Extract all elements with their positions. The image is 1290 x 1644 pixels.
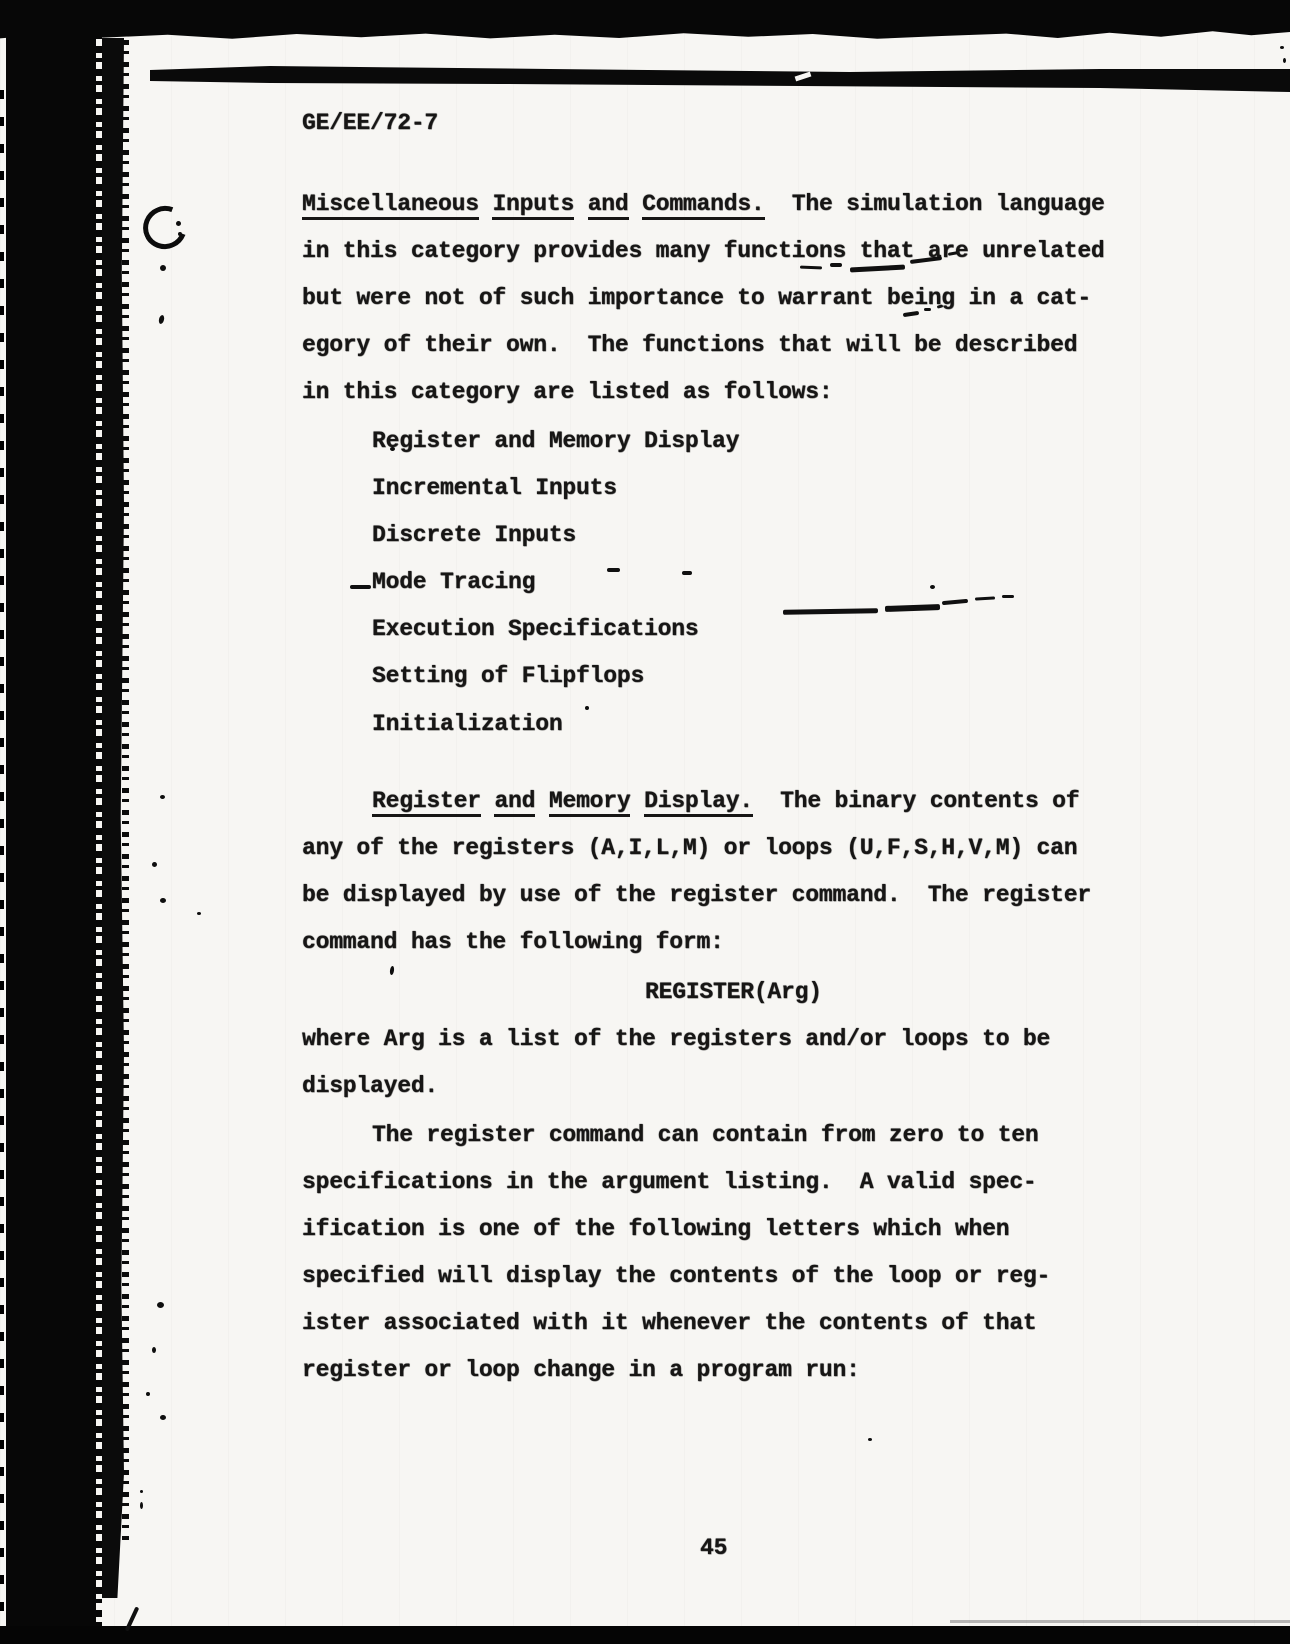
paragraph-line: ister associated with it whenever the co… bbox=[302, 1308, 1037, 1338]
list-item: Setting of Flipflops bbox=[372, 661, 644, 691]
paragraph-line: in this category are listed as follows: bbox=[302, 377, 833, 407]
paragraph-line: displayed. bbox=[302, 1071, 438, 1101]
list-item: Execution Specifications bbox=[372, 614, 698, 644]
paragraph-line: The register command can contain from ze… bbox=[372, 1120, 1039, 1150]
paragraph-line: but were not of such importance to warra… bbox=[302, 283, 1091, 313]
paragraph-line: any of the registers (A,I,L,M) or loops … bbox=[302, 833, 1077, 863]
list-item: Mode Tracing bbox=[372, 567, 535, 597]
list-item: Incremental Inputs bbox=[372, 473, 617, 503]
paragraph-line: command has the following form: bbox=[302, 927, 724, 957]
paragraph-line: where Arg is a list of the registers and… bbox=[302, 1024, 1050, 1054]
command-form: REGISTER(Arg) bbox=[645, 977, 822, 1007]
list-item: Register and Memory Display bbox=[372, 426, 739, 456]
section-heading-miscellaneous: Miscellaneous Inputs and Commands. The s… bbox=[302, 189, 1105, 219]
list-item: Initialization bbox=[372, 709, 562, 739]
scanned-document-page: GE/EE/72-7 Miscellaneous Inputs and Comm… bbox=[0, 0, 1290, 1644]
paragraph-line: ification is one of the following letter… bbox=[302, 1214, 1009, 1244]
report-number: GE/EE/72-7 bbox=[302, 108, 438, 138]
paragraph-line: register or loop change in a program run… bbox=[302, 1355, 860, 1385]
section-heading-register-display: Register and Memory Display. The binary … bbox=[372, 786, 1079, 816]
paragraph-line: egory of their own. The functions that w… bbox=[302, 330, 1077, 360]
list-item: Discrete Inputs bbox=[372, 520, 576, 550]
paragraph-line: be displayed by use of the register comm… bbox=[302, 880, 1091, 910]
paragraph-line: specified will display the contents of t… bbox=[302, 1261, 1050, 1291]
paragraph-line: in this category provides many functions… bbox=[302, 236, 1105, 266]
document-content: GE/EE/72-7 Miscellaneous Inputs and Comm… bbox=[0, 0, 1290, 1644]
paragraph-line: specifications in the argument listing. … bbox=[302, 1167, 1037, 1197]
page-number: 45 bbox=[700, 1533, 727, 1563]
